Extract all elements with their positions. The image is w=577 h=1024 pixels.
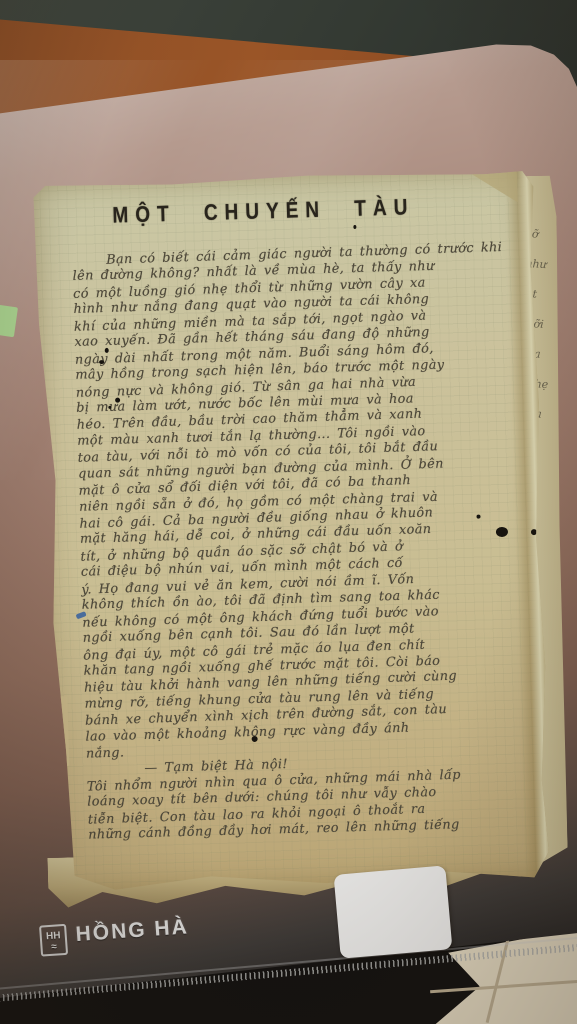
page-title: MỘT CHUYẾN TÀU	[31, 192, 537, 232]
logo-monogram: HH	[46, 930, 61, 942]
manuscript-page: MỘT CHUYẾN TÀU Bạn có biết cái cảm giác …	[30, 168, 555, 894]
ink-blot	[105, 348, 109, 353]
hong-ha-logo-icon: HH ≈	[39, 924, 68, 957]
ink-blot	[476, 515, 480, 519]
logo-waves: ≈	[51, 942, 57, 953]
manuscript-text: Bạn có biết cái cảm giác người ta thường…	[72, 240, 540, 844]
blank-white-sticker	[334, 865, 453, 958]
ink-blot	[115, 398, 120, 403]
ink-blot	[108, 406, 111, 409]
folder-brand-text: HỒNG HÀ	[75, 915, 190, 947]
photo-scene: gỡnhưạthỡiganhẹưaở MỘT CHUYẾN TÀU Bạn có…	[0, 0, 577, 1024]
ink-blot	[353, 225, 356, 229]
